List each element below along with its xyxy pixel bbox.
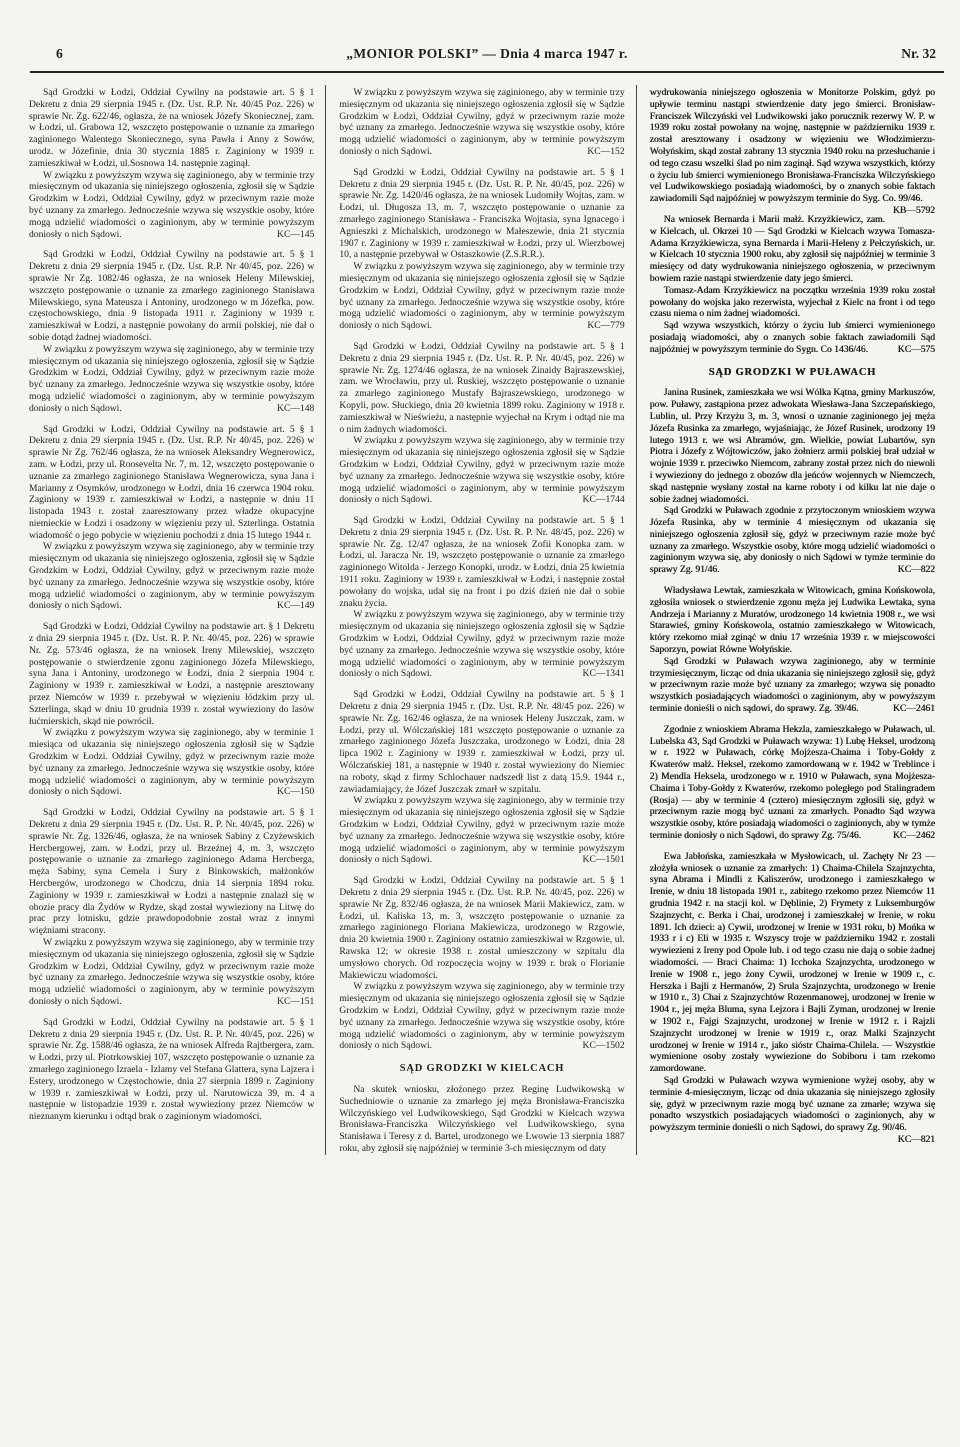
notice-paragraph: Sąd Grodzki w Łodzi, Oddział Cywilny na … (29, 424, 314, 542)
case-ref: KC—152 (579, 146, 624, 158)
notice-paragraph: Sąd Grodzki w Łodzi, Oddział Cywilny na … (29, 87, 314, 170)
notice-block: Władysława Lewtak, zamieszkała w Witowic… (650, 585, 935, 715)
notice-paragraph: W związku z powyższym wzywa się zaginion… (29, 727, 314, 798)
section-heading: SĄD GRODZKI W KIELCACH (339, 1063, 624, 1075)
case-ref: KC—151 (269, 996, 314, 1008)
notice-block: Sąd Grodzki w Łodzi, Oddział Cywilny na … (339, 167, 624, 332)
notice-paragraph: W związku z powyższym wzywa się zaginion… (339, 609, 624, 680)
notice-paragraph: Sąd Grodzki w Łodzi, Oddział Cywilny na … (339, 875, 624, 981)
notice-paragraph: Sąd Grodzki w Łodzi, Oddział Cywilny na … (29, 249, 314, 343)
case-ref: KC—1501 (575, 854, 625, 866)
notice-paragraph: Sąd Grodzki w Łodzi, Oddział Cywilny na … (29, 807, 314, 937)
notice-block: Zgodnie z wnioskiem Abrama Hekzla, zamie… (650, 724, 935, 842)
case-ref: KB—5792 (885, 205, 935, 217)
case-ref: KC—575 (890, 344, 935, 356)
notice-paragraph: Sąd Grodzki w Łodzi, Oddział Cywilny na … (339, 689, 624, 795)
notice-block: Janina Rusinek, zamieszkała we wsi Wólka… (650, 387, 935, 576)
case-ref: KC—822 (890, 564, 935, 576)
notice-paragraph: Na wniosek Bernarda i Marii małż. Krzyżk… (650, 214, 935, 285)
notice-paragraph: Sąd Grodzki w Puławach zgodnie z przytoc… (650, 505, 935, 576)
notice-paragraph: W związku z powyższym wzywa się zaginion… (29, 937, 314, 1008)
notice-paragraph: W związku z powyższym wzywa się zaginion… (339, 261, 624, 332)
column-3: wydrukowania niniejszego ogłoszenia w Mo… (636, 85, 946, 1155)
column-2: W związku z powyższym wzywa się zaginion… (325, 85, 635, 1155)
notice-paragraph: Sąd Grodzki w Łodzi, Oddział Cywilny na … (339, 167, 624, 261)
page-header: 6 „MONIOR POLSKI” — Dnia 4 marca 1947 r.… (30, 46, 944, 73)
notice-block: Sąd Grodzki w Łodzi, Oddział Cywilny na … (29, 621, 314, 798)
notice-paragraph: wydrukowania niniejszego ogłoszenia w Mo… (650, 87, 935, 205)
case-ref: KC—2461 (885, 703, 935, 715)
notice-paragraph: Sąd Grodzki w Łodzi, Oddział Cywilny na … (29, 621, 314, 727)
issue-number: Nr. 32 (901, 46, 936, 62)
case-ref: KC—150 (269, 786, 314, 798)
notice-block: Sąd Grodzki w Łodzi, Oddział Cywilny na … (339, 875, 624, 1052)
notice-paragraph: W związku z powyższym wzywa się zaginion… (339, 795, 624, 866)
notice-paragraph: Janina Rusinek, zamieszkała we wsi Wólka… (650, 387, 935, 505)
notice-paragraph: W związku z powyższym wzywa się zaginion… (339, 87, 624, 158)
case-ref: KC—1744 (575, 494, 625, 506)
notice-paragraph: Ewa Jabłońska, zamieszkała w Mysłowicach… (650, 851, 935, 1075)
notice-block: Sąd Grodzki w Łodzi, Oddział Cywilny na … (339, 341, 624, 506)
notice-paragraph: Tomasz-Adam Krzyżkiewicz na początku wrz… (650, 285, 935, 320)
notice-block: Ewa Jabłońska, zamieszkała w Mysłowicach… (650, 851, 935, 1134)
notice-paragraph: Sąd wzywa wszystkich, którzy o życiu lub… (650, 320, 935, 355)
case-ref: KC—145 (269, 229, 314, 241)
notice-block: Sąd Grodzki w Łodzi, Oddział Cywilny na … (339, 689, 624, 866)
notice-paragraph: Sąd Grodzki w Puławach wzywa wymienione … (650, 1075, 935, 1134)
notice-block: Sąd Grodzki w Łodzi, Oddział Cywilny na … (29, 424, 314, 613)
notice-block: Sąd Grodzki w Łodzi, Oddział Cywilny na … (29, 1017, 314, 1123)
case-ref: KC—148 (269, 403, 314, 415)
case-ref: KC—2462 (885, 830, 935, 842)
masthead-title: „MONIOR POLSKI” — Dnia 4 marca 1947 r. (30, 46, 944, 62)
notice-paragraph: Władysława Lewtak, zamieszkała w Witowic… (650, 585, 935, 656)
notice-paragraph: W związku z powyższym wzywa się zaginion… (29, 344, 314, 415)
column-container: Sąd Grodzki w Łodzi, Oddział Cywilny na … (16, 85, 946, 1155)
case-ref: KC—821 (890, 1134, 935, 1146)
notice-paragraph: W związku z powyższym wzywa się zaginion… (29, 541, 314, 612)
notice-block: Sąd Grodzki w Łodzi, Oddział Cywilny na … (29, 807, 314, 1008)
notice-paragraph: W związku z powyższym wzywa się zaginion… (339, 435, 624, 506)
case-ref: KC—1341 (575, 668, 625, 680)
notice-paragraph: Zgodnie z wnioskiem Abrama Hekzla, zamie… (650, 724, 935, 842)
case-ref: KC—149 (269, 600, 314, 612)
notice-paragraph: Na skutek wniosku, złożonego przez Regin… (339, 1084, 624, 1155)
newspaper-page: 6 „MONIOR POLSKI” — Dnia 4 marca 1947 r.… (0, 0, 960, 1447)
case-ref: KC—1502 (575, 1040, 625, 1052)
notice-paragraph: Sąd Grodzki w Łodzi, Oddział Cywilny na … (339, 515, 624, 609)
notice-paragraph: Sąd Grodzki w Łodzi, Oddział Cywilny na … (29, 1017, 314, 1123)
notice-block: wydrukowania niniejszego ogłoszenia w Mo… (650, 87, 935, 205)
case-ref: KC—779 (579, 320, 624, 332)
column-1: Sąd Grodzki w Łodzi, Oddział Cywilny na … (16, 85, 325, 1155)
notice-paragraph: Sąd Grodzki w Puławach wzywa zaginionego… (650, 656, 935, 715)
notice-block: Na skutek wniosku, złożonego przez Regin… (339, 1084, 624, 1155)
notice-block: Sąd Grodzki w Łodzi, Oddział Cywilny na … (339, 515, 624, 680)
notice-block: W związku z powyższym wzywa się zaginion… (339, 87, 624, 158)
notice-block: Na wniosek Bernarda i Marii małż. Krzyżk… (650, 214, 935, 356)
notice-block: Sąd Grodzki w Łodzi, Oddział Cywilny na … (29, 87, 314, 240)
notice-paragraph: W związku z powyższym wzywa się zaginion… (339, 981, 624, 1052)
notice-paragraph: W związku z powyższym wzywa się zaginion… (29, 170, 314, 241)
section-heading: SĄD GRODZKI W PUŁAWACH (650, 367, 935, 379)
notice-block: Sąd Grodzki w Łodzi, Oddział Cywilny na … (29, 249, 314, 414)
notice-paragraph: Sąd Grodzki w Łodzi, Oddział Cywilny na … (339, 341, 624, 435)
